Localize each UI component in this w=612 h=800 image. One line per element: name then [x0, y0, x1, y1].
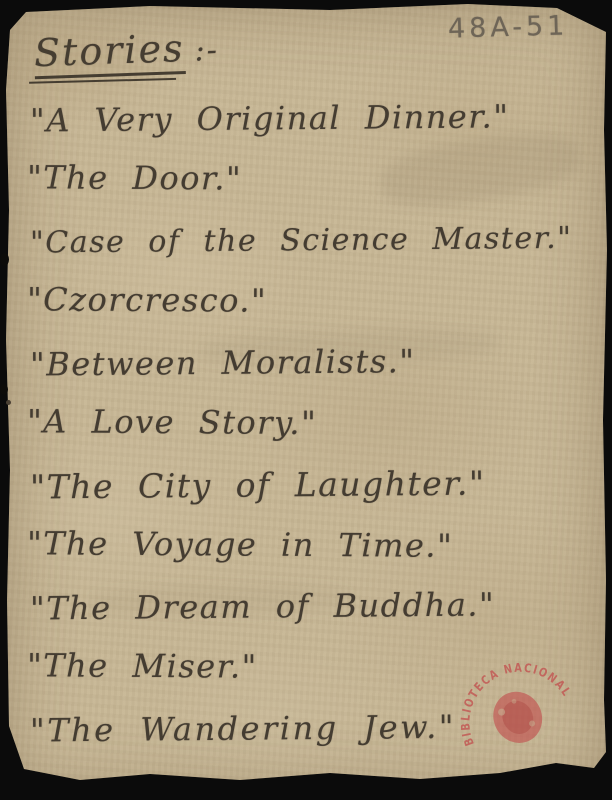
story-title: "The City of Laughter." [30, 451, 605, 517]
ink-speck [6, 400, 11, 405]
page-title: Stories:- [33, 25, 219, 75]
archive-code: 48A-51 [448, 10, 569, 44]
story-title: "The Voyage in Time." [27, 513, 604, 578]
story-title: "The Door." [27, 147, 604, 212]
library-stamp: BIBLIOTECA NACIONAL [441, 638, 589, 786]
story-title: "Czorcresco." [27, 269, 604, 334]
page-title-word: Stories [33, 26, 185, 79]
paper-edge-nick [0, 253, 9, 266]
story-title: "Between Moralists." [30, 329, 605, 395]
story-title: "Case of the Science Master." [30, 207, 605, 273]
story-title: "A Love Story." [27, 391, 604, 456]
paper-edge-nick [0, 384, 8, 395]
story-title: "The Dream of Buddha." [30, 573, 605, 639]
story-title: "A Very Original Dinner." [30, 85, 605, 151]
page-title-suffix: :- [194, 33, 219, 69]
